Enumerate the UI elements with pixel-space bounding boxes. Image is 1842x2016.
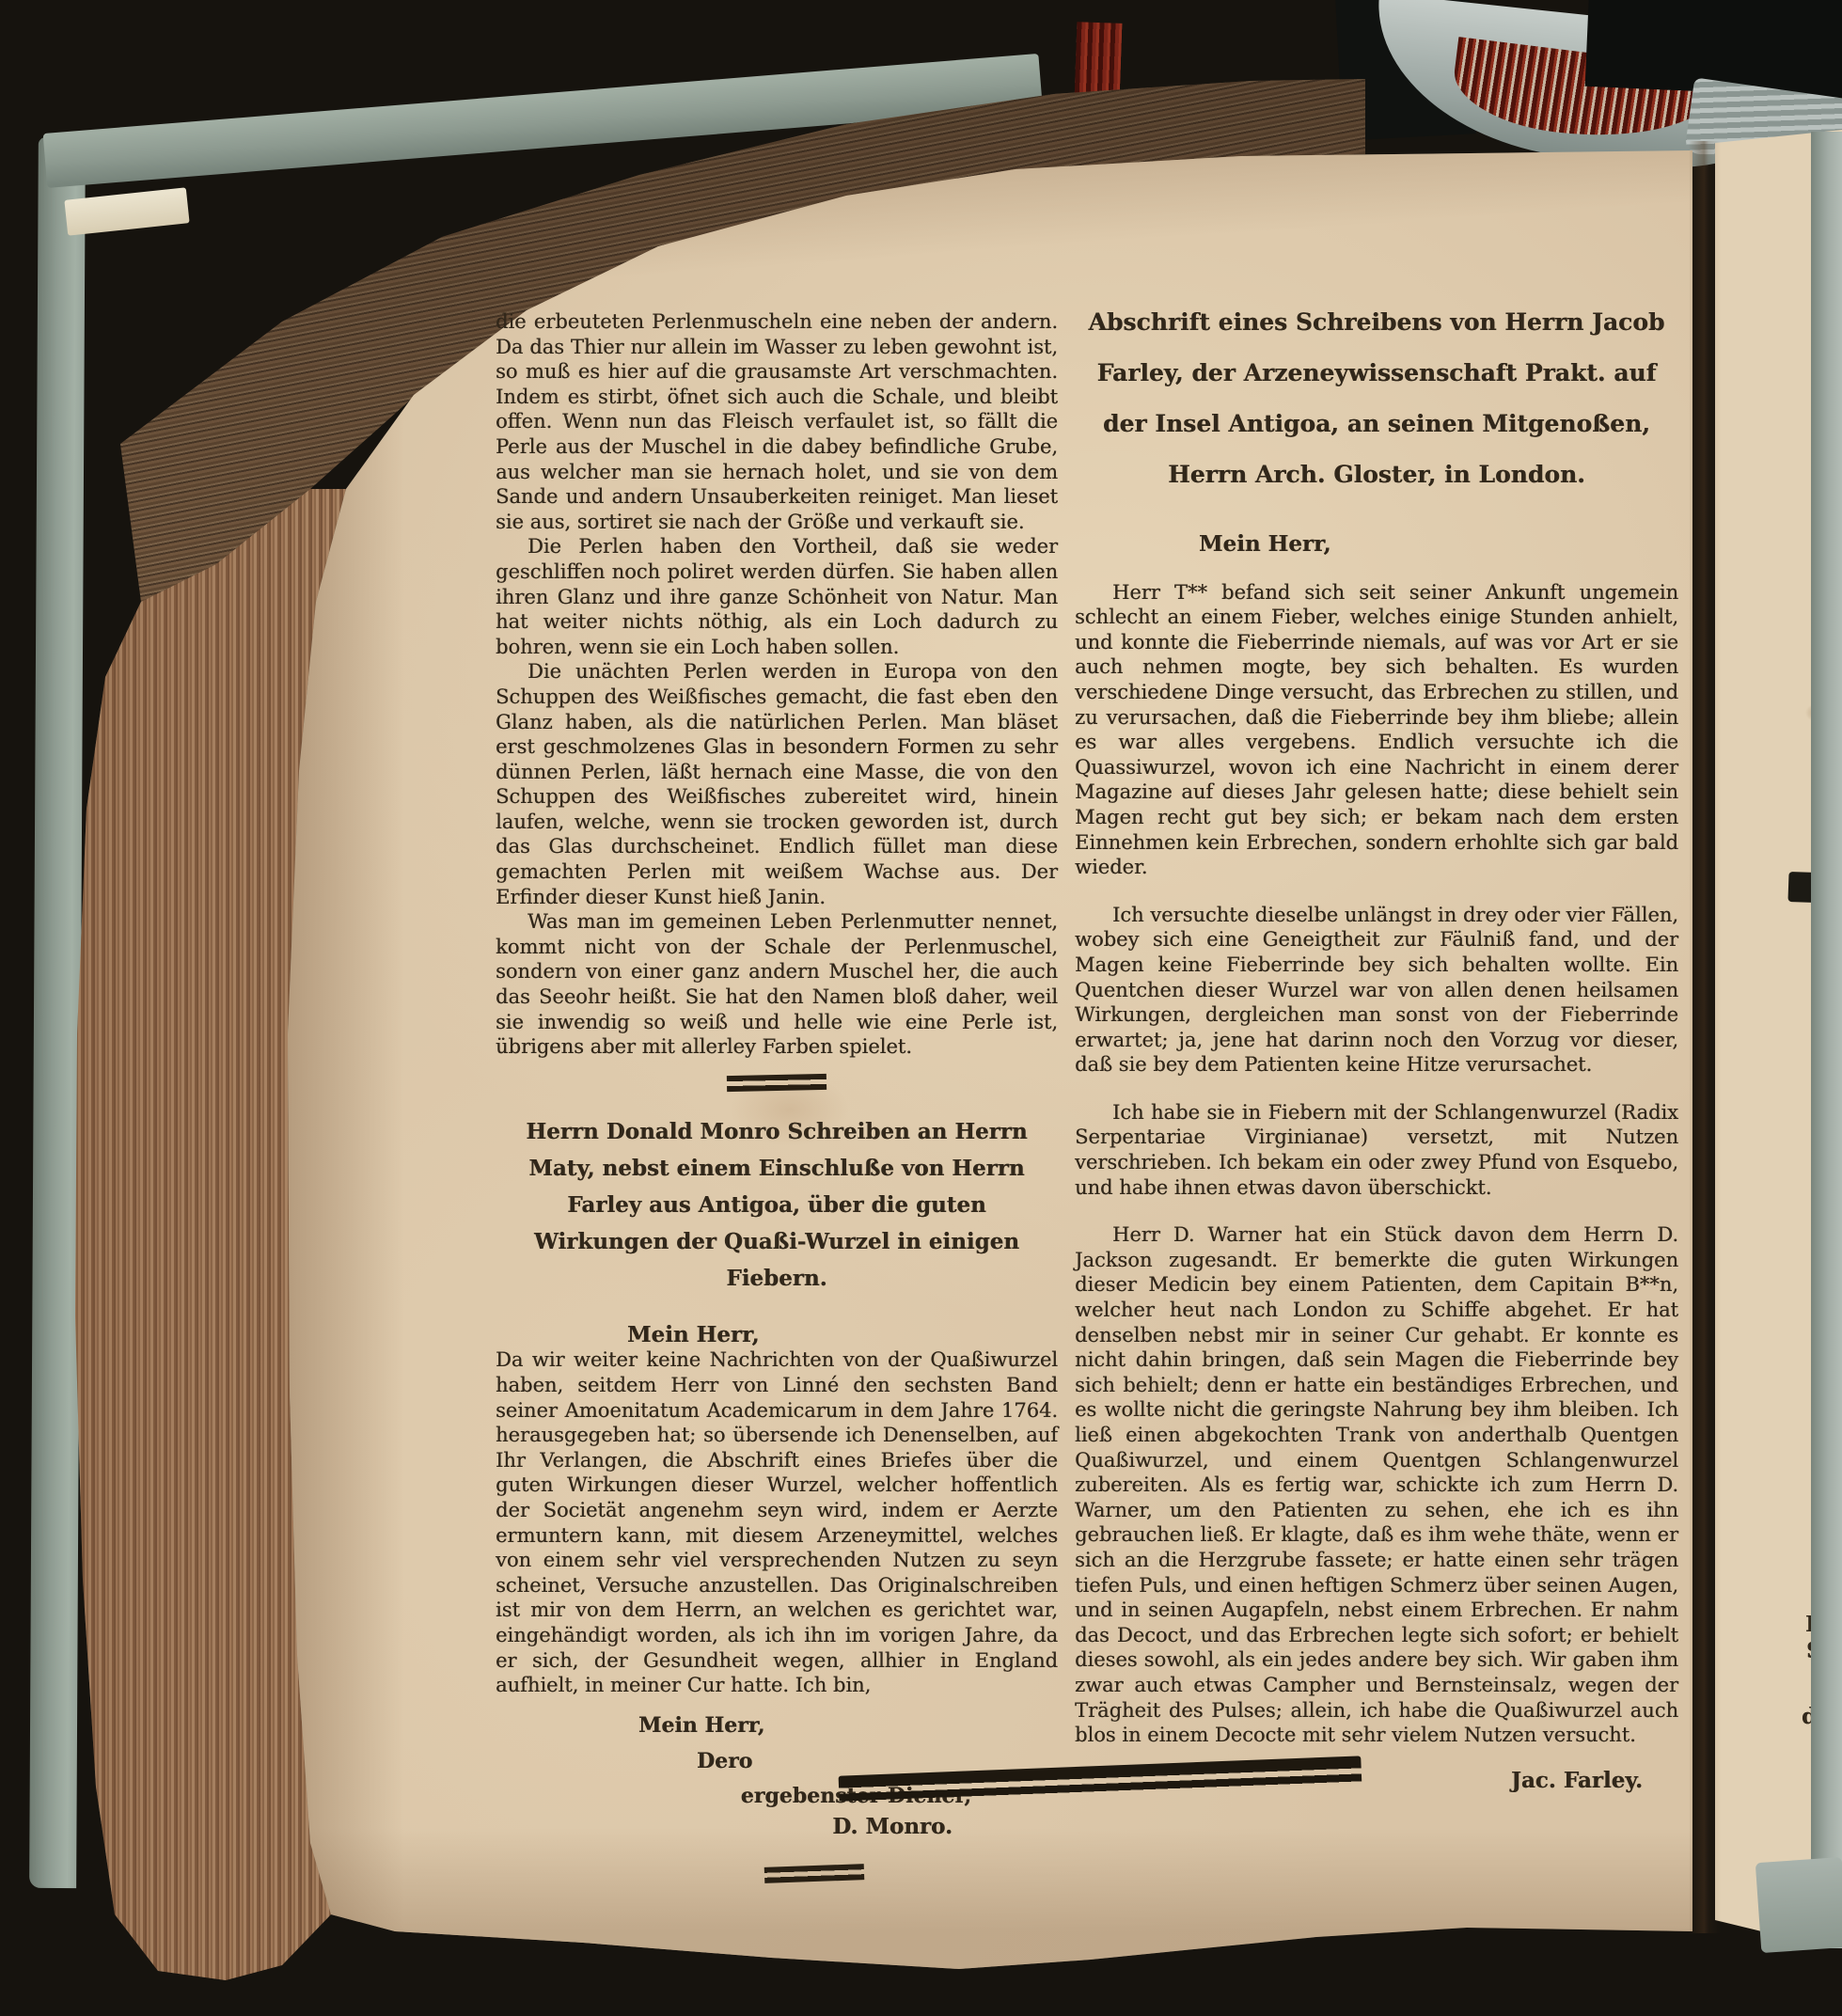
gutter-shadow (1689, 141, 1721, 1933)
text-column-left: die erbeuteten Perlenmuscheln eine neben… (496, 309, 1058, 1882)
signature-monro: D. Monro. (496, 1815, 1058, 1840)
salutation: Mein Herr, (627, 1323, 1058, 1348)
letter-paragraph: Ich habe sie in Fiebern mit der Schlange… (1075, 1100, 1678, 1200)
section-divider-rule (727, 1074, 827, 1092)
closing-salutation: Mein Herr, (638, 1713, 1058, 1739)
text-column-right: Abschrift eines Schreibens von Herrn Jac… (1075, 297, 1678, 1793)
article-paragraph: Was man im gemeinen Leben Perlenmutter n… (496, 909, 1058, 1060)
salutation: Mein Herr, (1199, 532, 1678, 558)
letter-heading: Herrn Donald Monro Schreiben an Herrn Ma… (501, 1113, 1052, 1297)
article-paragraph: Die Perlen haben den Vortheil, daß sie w… (496, 534, 1058, 659)
book-photo: G Fran Schu D dessen die erbeuteten Perl… (0, 0, 1842, 2016)
letter-body: Da wir weiter keine Nachrichten von der … (496, 1347, 1058, 1697)
letter-paragraph: Ich versuchte dieselbe unlängst in drey … (1075, 903, 1678, 1078)
right-cover-edge (1811, 132, 1842, 1948)
section-divider-rule (764, 1864, 865, 1883)
article-continuation-paragraph: die erbeuteten Perlenmuscheln eine neben… (496, 309, 1058, 534)
letter-paragraph: Herr D. Warner hat ein Stück davon dem H… (1075, 1222, 1678, 1747)
right-cover-edge-foot (1755, 1857, 1842, 1953)
letter-paragraph: Herr T** befand sich seit seiner Ankunft… (1075, 580, 1678, 880)
article-paragraph: Die unächten Perlen werden in Europa von… (496, 659, 1058, 909)
left-cover-board (29, 137, 86, 1888)
letter-copy-heading: Abschrift eines Schreibens von Herrn Jac… (1077, 297, 1677, 500)
